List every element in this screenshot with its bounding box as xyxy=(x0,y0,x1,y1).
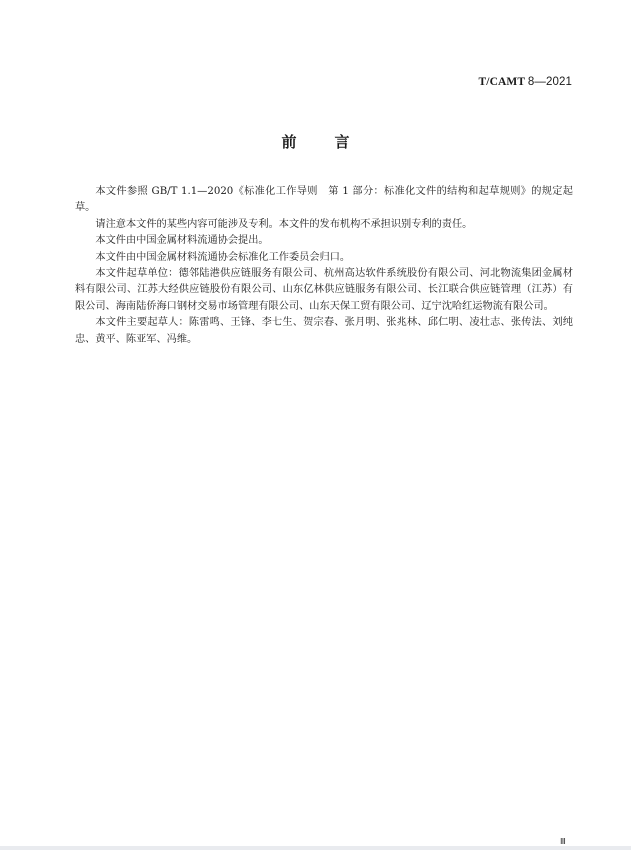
paragraph-administrator: 本文件由中国金属材料流通协会标准化工作委员会归口。 xyxy=(75,250,573,266)
title-char-1: 前 xyxy=(281,131,296,152)
doc-code-prefix: T/CAMT xyxy=(479,76,528,88)
paragraph-main-drafters: 本文件主要起草人：陈雷鸣、王锋、李七生、贺宗春、张月明、张兆林、邱仁明、凌壮志、… xyxy=(75,315,573,348)
paragraph-patent-notice: 请注意本文件的某些内容可能涉及专利。本文件的发布机构不承担识别专利的责任。 xyxy=(75,217,573,233)
paragraph-drafting-units: 本文件起草单位：德邻陆港供应链服务有限公司、杭州高达软件系统股份有限公司、河北物… xyxy=(75,266,573,315)
document-code: T/CAMT 8—2021 xyxy=(479,76,572,88)
document-page: T/CAMT 8—2021 前言 本文件参照 GB/T 1.1—2020《标准化… xyxy=(0,0,631,846)
paragraph-proposer: 本文件由中国金属材料流通协会提出。 xyxy=(75,233,573,249)
title-char-2: 言 xyxy=(335,131,350,152)
paragraph-reference-standard: 本文件参照 GB/T 1.1—2020《标准化工作导则 第 1 部分：标准化文件… xyxy=(75,184,573,217)
page-bottom-edge xyxy=(0,846,631,850)
page-title: 前言 xyxy=(0,131,631,152)
doc-code-number: 8—2021 xyxy=(528,76,572,88)
foreword-body: 本文件参照 GB/T 1.1—2020《标准化工作导则 第 1 部分：标准化文件… xyxy=(75,184,573,348)
